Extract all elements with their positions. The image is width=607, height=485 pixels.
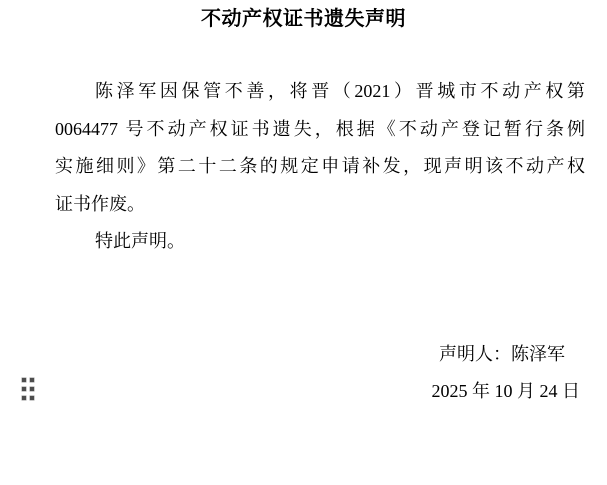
document-page[interactable]: 不动产权证书遗失声明 陈泽军因保管不善，将晋（2021）晋城市不动产权第 006…	[0, 0, 607, 485]
document-body: 陈泽军因保管不善，将晋（2021）晋城市不动产权第 0064477 号不动产权证…	[55, 73, 585, 411]
document-title: 不动产权证书遗失声明	[0, 5, 607, 33]
paragraph-line-1: 陈泽军因保管不善，将晋（2021）晋城市不动产权第	[55, 73, 585, 111]
drag-handle-dot	[22, 378, 26, 382]
drag-handle-dot	[30, 387, 34, 391]
drag-handle-dot	[22, 387, 26, 391]
drag-handle-dot	[30, 396, 34, 400]
drag-handle-dot	[30, 378, 34, 382]
paragraph-line-4: 证书作废。	[55, 186, 585, 224]
signature-line: 声明人：陈泽军	[55, 336, 585, 374]
drag-handle-dot	[22, 396, 26, 400]
blank-line	[55, 298, 585, 336]
paragraph-line-3: 实施细则》第二十二条的规定申请补发，现声明该不动产权	[55, 148, 585, 186]
drag-handle-icon[interactable]	[22, 378, 34, 400]
paragraph-line-2: 0064477 号不动产权证书遗失，根据《不动产登记暂行条例	[55, 111, 585, 149]
blank-line	[55, 261, 585, 299]
closing-line: 特此声明。	[55, 223, 585, 261]
date-line: 2025 年 10 月 24 日	[55, 373, 585, 411]
